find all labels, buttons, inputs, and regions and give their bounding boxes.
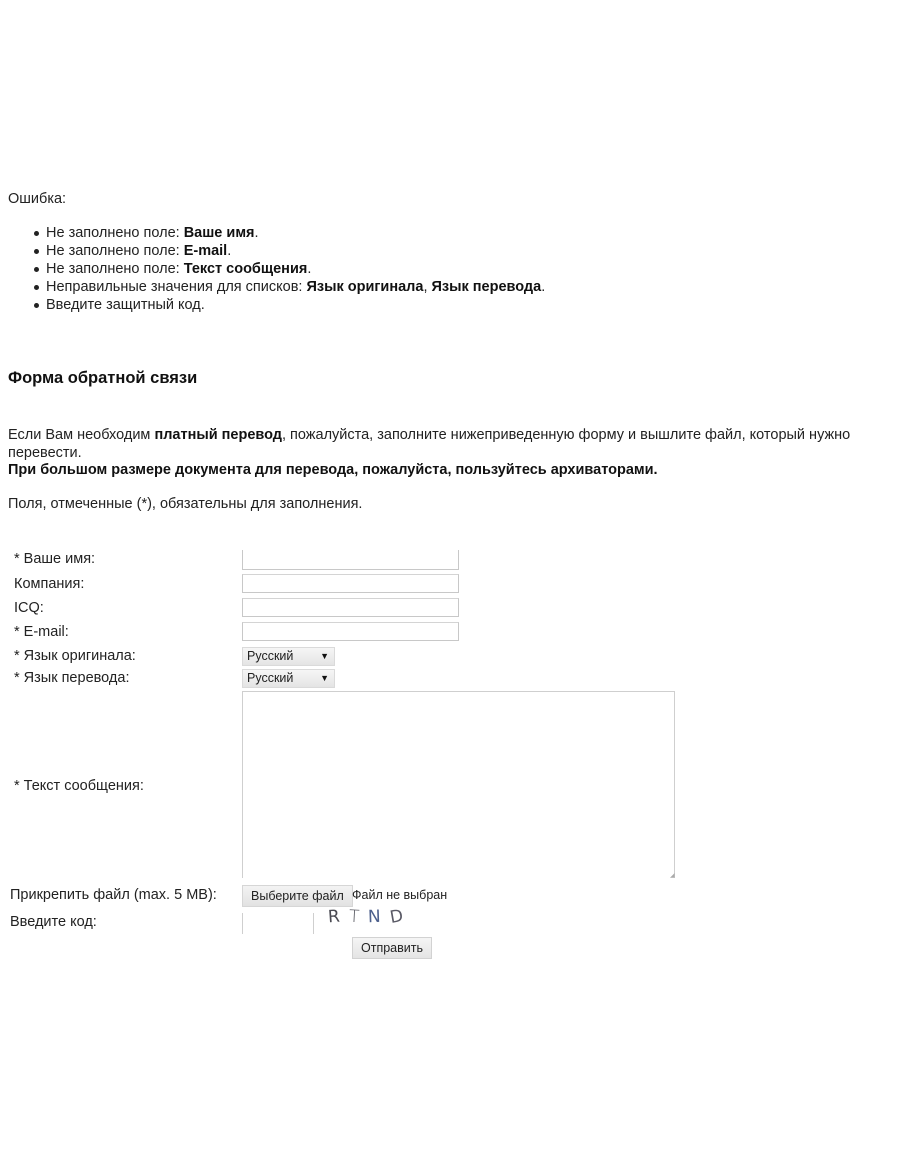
- archive-notice: При большом размере документа для перево…: [8, 462, 658, 478]
- error-text: Неправильные значения для списков:: [46, 279, 306, 295]
- icq-label: ICQ:: [14, 600, 44, 616]
- required-fields-note: Поля, отмеченные (*), обязательны для за…: [8, 496, 362, 512]
- company-input[interactable]: [242, 574, 459, 593]
- target-language-label: * Язык перевода:: [14, 670, 129, 686]
- message-textarea[interactable]: [242, 691, 675, 878]
- error-punct: .: [541, 279, 545, 295]
- intro-bold-phrase: платный перевод: [154, 427, 282, 443]
- captcha-char: R: [327, 907, 340, 928]
- resize-grip-icon[interactable]: ◢: [670, 872, 675, 879]
- submit-button[interactable]: Отправить: [352, 937, 432, 959]
- email-label: * E-mail:: [14, 624, 69, 640]
- captcha-image: RTND: [328, 907, 418, 931]
- captcha-char: D: [388, 906, 404, 928]
- intro-text: Если Вам необходим платный перевод, пожа…: [8, 426, 908, 462]
- captcha-char: N: [368, 907, 381, 927]
- page-title: Форма обратной связи: [8, 369, 197, 388]
- error-field-name: Ваше имя: [184, 225, 255, 241]
- error-punct: .: [227, 243, 231, 259]
- choose-file-button[interactable]: Выберите файл: [242, 885, 353, 907]
- dropdown-arrow-icon: ▼: [320, 648, 329, 665]
- source-language-label: * Язык оригинала:: [14, 648, 136, 664]
- intro-before: Если Вам необходим: [8, 427, 154, 443]
- error-punct: ,: [423, 279, 431, 295]
- captcha-input[interactable]: [242, 913, 314, 934]
- company-label: Компания:: [14, 576, 84, 592]
- error-list: Не заполнено поле: Ваше имя. Не заполнен…: [0, 224, 545, 314]
- icq-input[interactable]: [242, 598, 459, 617]
- dropdown-arrow-icon: ▼: [320, 670, 329, 687]
- name-label: * Ваше имя:: [14, 551, 95, 567]
- error-item: Не заполнено поле: E-mail.: [46, 242, 545, 260]
- error-field-name: Язык оригинала: [306, 279, 423, 295]
- error-text: Не заполнено поле:: [46, 225, 184, 241]
- error-text: Не заполнено поле:: [46, 243, 184, 259]
- error-field-name: Язык перевода: [432, 279, 542, 295]
- error-item: Введите защитный код.: [46, 296, 545, 314]
- error-text: Введите защитный код.: [46, 297, 205, 313]
- error-item: Неправильные значения для списков: Язык …: [46, 278, 545, 296]
- source-language-select[interactable]: Русский ▼: [242, 647, 335, 666]
- error-item: Не заполнено поле: Ваше имя.: [46, 224, 545, 242]
- file-label: Прикрепить файл (max. 5 MB):: [10, 887, 217, 903]
- target-language-select[interactable]: Русский ▼: [242, 669, 335, 688]
- error-punct: .: [307, 261, 311, 277]
- error-text: Не заполнено поле:: [46, 261, 184, 277]
- file-status: Файл не выбран: [352, 888, 447, 902]
- error-punct: .: [255, 225, 259, 241]
- error-item: Не заполнено поле: Текст сообщения.: [46, 260, 545, 278]
- error-title: Ошибка:: [8, 191, 66, 207]
- name-input[interactable]: [242, 550, 459, 570]
- email-input[interactable]: [242, 622, 459, 641]
- captcha-char: T: [348, 907, 359, 928]
- source-language-value: Русский: [247, 649, 293, 663]
- target-language-value: Русский: [247, 671, 293, 685]
- error-field-name: Текст сообщения: [184, 261, 308, 277]
- error-field-name: E-mail: [184, 243, 228, 259]
- captcha-label: Введите код:: [10, 914, 97, 930]
- message-label: * Текст сообщения:: [14, 778, 144, 794]
